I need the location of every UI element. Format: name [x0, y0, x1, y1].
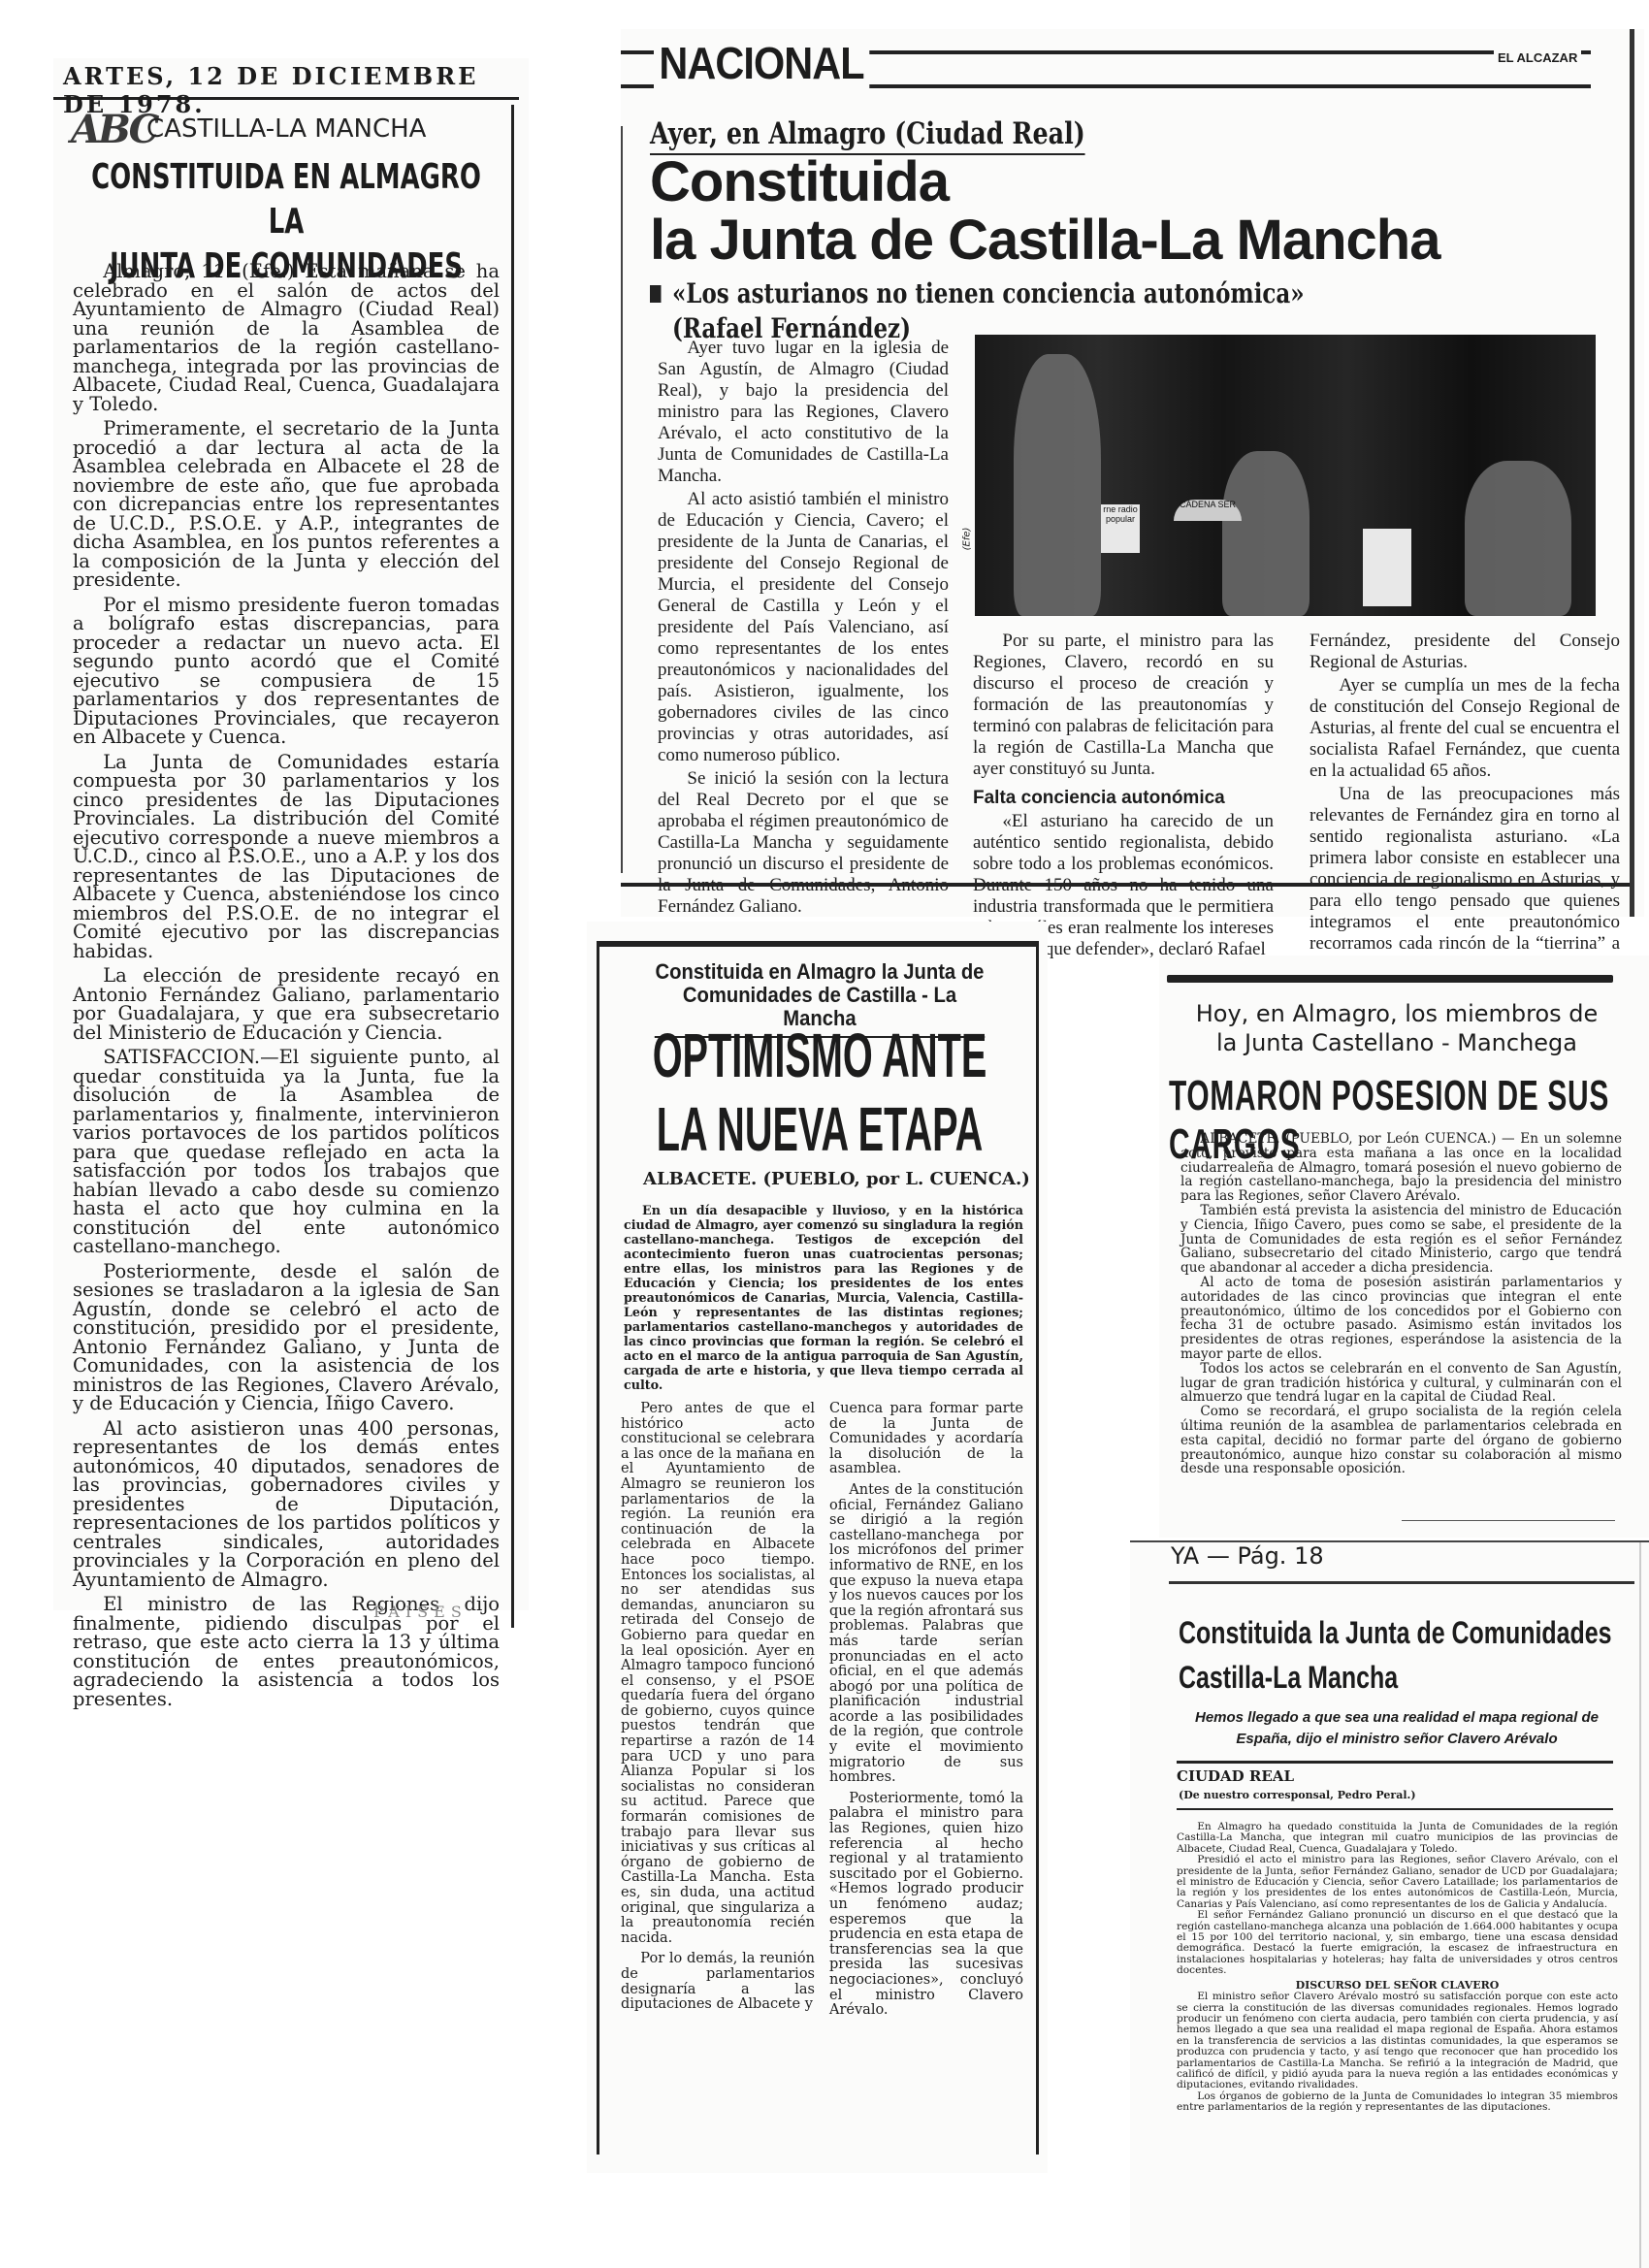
kicker-line-1: Hoy, en Almagro, los miembros de	[1179, 999, 1615, 1028]
kicker: Hoy, en Almagro, los miembros de la Junt…	[1179, 999, 1615, 1057]
dateline-place: CIUDAD REAL	[1177, 1767, 1294, 1785]
masthead: ABC CASTILLA-LA MANCHA	[63, 107, 509, 155]
paragraph: La Junta de Comunidades estaría compuest…	[73, 753, 500, 961]
column-rule	[621, 126, 623, 873]
subheading: Falta conciencia autonómica	[973, 788, 1274, 809]
microphone-sign: rne radio popular	[1101, 504, 1140, 553]
kicker: Ayer, en Almagro (Ciudad Real)	[650, 116, 1085, 155]
section-title: NACIONAL	[654, 37, 869, 89]
headline-line-1: Constituida la Junta de Comunidades	[1179, 1610, 1648, 1655]
byline: ALBACETE. (PUEBLO, por L. CUENCA.)	[643, 1169, 1030, 1189]
article-column: Ayer tuvo lugar en la iglesia de San Agu…	[658, 338, 949, 920]
subheading: DISCURSO DEL SEÑOR CLAVERO	[1177, 1980, 1618, 1991]
paragraph: Pero antes de que el histórico acto cons…	[621, 1402, 815, 1946]
header-rule	[1167, 975, 1613, 983]
divider	[1177, 1761, 1613, 1764]
section-label: CASTILLA-LA MANCHA	[146, 114, 426, 144]
deck: Hemos llegado a que sea una realidad el …	[1174, 1707, 1620, 1750]
headline: Constituida la Junta de Comunidades Cast…	[1179, 1610, 1648, 1700]
paragraph: Cuenca para formar parte de la Junta de …	[829, 1402, 1023, 1477]
newspaper-mark: EL ALCAZAR	[1494, 49, 1581, 67]
article-column: Cuenca para formar parte de la Junta de …	[829, 1402, 1023, 2025]
footer-rule	[1402, 1520, 1615, 1521]
paragraph: Antes de la constitución oficial, Fernán…	[829, 1483, 1023, 1786]
ya-clipping: YA — Pág. 18 Constituida la Junta de Com…	[1130, 1542, 1649, 2268]
column-rule	[511, 105, 514, 1628]
cut-off-heading: PAISES	[373, 1603, 468, 1621]
divider	[1177, 1808, 1613, 1810]
paragraph: Primeramente, el secretario de la Junta …	[73, 419, 500, 590]
headline-line-1: Constituida	[650, 153, 1439, 211]
headline-line-2: la Junta de Castilla-La Mancha	[650, 211, 1439, 270]
article-body: Almagro, 11. (Efe.) Esta mañana se ha ce…	[73, 262, 500, 1714]
paragraph: El señor Fernández Galiano pronunció un …	[1177, 1910, 1618, 1976]
header-rule	[1169, 1581, 1634, 1584]
abc-clipping: ARTES, 12 DE DICIEMBRE DE 1978. ABC CAST…	[53, 58, 529, 1610]
press-photo: rne radio popular CADENA SER	[975, 335, 1596, 616]
headline: Constituida la Junta de Castilla-La Manc…	[650, 153, 1439, 270]
paragraph: Al acto asistieron unas 400 personas, re…	[73, 1419, 500, 1590]
article-column: Fernández, presidente del Consejo Region…	[1309, 631, 1620, 999]
tomaron-clipping: Hoy, en Almagro, los miembros de la Junt…	[1159, 956, 1649, 1538]
paragraph: Almagro, 11. (Efe.) Esta mañana se ha ce…	[73, 262, 500, 413]
article-column: Por su parte, el ministro para las Regio…	[973, 631, 1274, 962]
headline-line-2: LA NUEVA ETAPA	[615, 1092, 1024, 1166]
paragraph: Por lo demás, la reunión de parlamentari…	[621, 1952, 815, 2012]
paragraph: La elección de presidente recayó en Anto…	[73, 966, 500, 1042]
dateline: ARTES, 12 DE DICIEMBRE DE 1978.	[53, 58, 519, 100]
headline-line-2: Castilla-La Mancha	[1179, 1655, 1648, 1700]
photo-figure-center	[1222, 451, 1309, 616]
paragraph: Fernández, presidente del Consejo Region…	[1309, 631, 1620, 673]
article-column: Pero antes de que el histórico acto cons…	[621, 1402, 815, 2019]
paragraph: Todos los actos se celebrarán en el conv…	[1180, 1362, 1622, 1405]
paragraph: También está prevista la asistencia del …	[1180, 1204, 1622, 1276]
paragraph: Se inició la sesión con la lectura del R…	[658, 768, 949, 918]
paragraph: El ministro señor Clavero Arévalo mostró…	[1177, 1992, 1618, 2091]
optimismo-clipping: Constituida en Almagro la Junta de Comun…	[587, 922, 1048, 2173]
paragraph: Por el mismo presidente fueron tomadas a…	[73, 596, 500, 747]
paragraph: Los órganos de gobierno de la Junta de C…	[1177, 2091, 1618, 2114]
column-rule	[1630, 29, 1634, 917]
nacional-clipping: NACIONAL EL ALCAZAR Ayer, en Almagro (Ci…	[621, 29, 1644, 917]
paragraph: SATISFACCION.—El siguiente punto, al que…	[73, 1048, 500, 1256]
abc-logo: ABC	[71, 107, 156, 152]
paragraph: Posteriormente, tomó la palabra el minis…	[829, 1792, 1023, 2019]
paragraph: Como se recordará, el grupo socialista d…	[1180, 1405, 1622, 1476]
lead-paragraph: En un día desapacible y lluvioso, y en l…	[624, 1203, 1023, 1392]
headline-line-1: OPTIMISMO ANTE	[615, 1019, 1024, 1092]
footer-rule	[621, 883, 1630, 887]
correspondent-credit: (De nuestro corresponsal, Pedro Peral.)	[1179, 1789, 1416, 1801]
paragraph: Ayer se cumplía un mes de la fecha de co…	[1309, 675, 1620, 782]
photo-figure-speaker	[1014, 354, 1101, 616]
microphone-sign: CADENA SER	[1174, 500, 1242, 521]
paragraph: Al acto de toma de posesión asistirán pa…	[1180, 1276, 1622, 1362]
article-body: ALBACETE. (PUEBLO, por León CUENCA.) — E…	[1180, 1132, 1622, 1476]
page-header: YA — Pág. 18	[1171, 1542, 1324, 1570]
paragraph: Al acto asistió también el ministro de E…	[658, 489, 949, 766]
paragraph: Por su parte, el ministro para las Regio…	[973, 631, 1274, 780]
table-card	[1363, 529, 1411, 606]
square-bullet-icon	[650, 285, 661, 303]
photo-credit: (Efe)	[961, 528, 972, 551]
paragraph: En Almagro ha quedado constituida la Jun…	[1177, 1822, 1618, 1855]
paragraph: Ayer tuvo lugar en la iglesia de San Agu…	[658, 338, 949, 487]
photo-figure-right	[1465, 461, 1571, 616]
paragraph: Posteriormente, desde el salón de sesion…	[73, 1262, 500, 1413]
headline-line-1: CONSTITUIDA EN ALMAGRO LA	[73, 155, 499, 244]
paragraph: En un día desapacible y lluvioso, y en l…	[624, 1203, 1023, 1392]
headline: OPTIMISMO ANTE LA NUEVA ETAPA	[615, 1019, 1024, 1166]
paragraph: ALBACETE. (PUEBLO, por León CUENCA.) — E…	[1180, 1132, 1622, 1204]
deck-line-1: «Los asturianos no tienen conciencia aut…	[672, 277, 1305, 309]
kicker-line-2: la Junta Castellano - Manchega	[1179, 1028, 1615, 1057]
article-body: En Almagro ha quedado constituida la Jun…	[1177, 1822, 1618, 2114]
paragraph: Presidió el acto el ministro para las Re…	[1177, 1855, 1618, 1910]
